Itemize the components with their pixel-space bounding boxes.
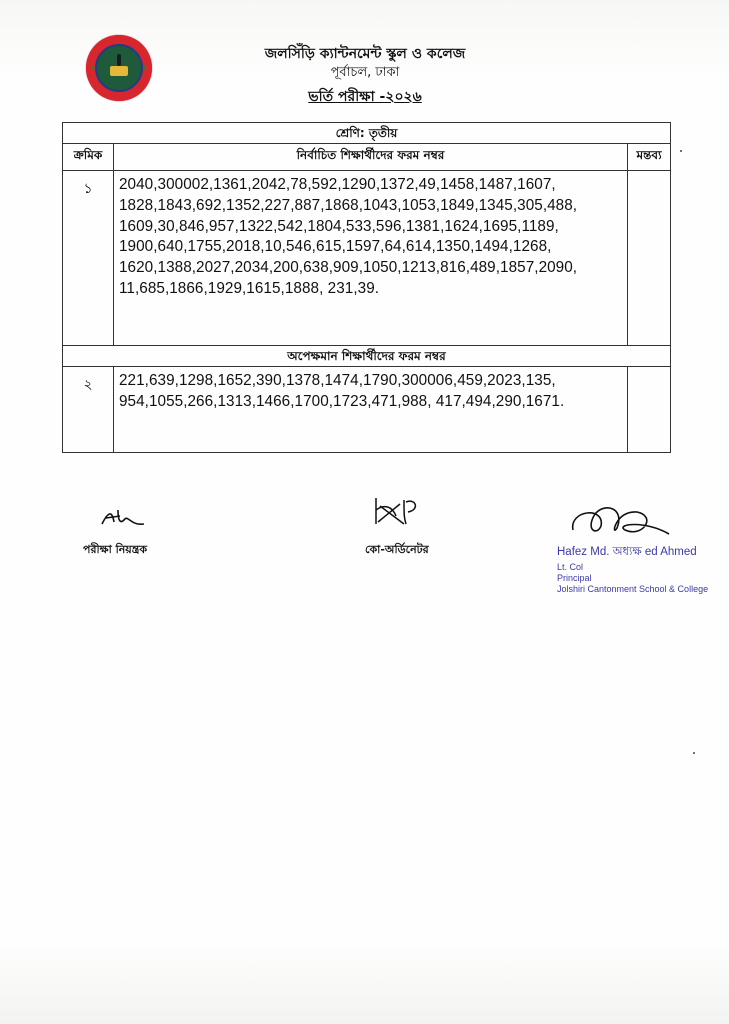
column-header-selected: নির্বাচিত শিক্ষার্থীদের ফরম নম্বর — [114, 144, 628, 171]
selected-form-numbers: 2040,300002,1361,2042,78,592,1290,1372,4… — [114, 171, 628, 346]
table-row-selected: ১ 2040,300002,1361,2042,78,592,1290,1372… — [63, 171, 671, 346]
coordinator-label: কো-অর্ডিনেটর — [365, 541, 429, 560]
form-number-line: 1620,1388,2027,2034,200,638,909,1050,121… — [119, 258, 627, 279]
results-table: শ্রেণি: তৃতীয় ক্রমিক নির্বাচিত শিক্ষার্… — [62, 122, 671, 453]
form-number-line: 221,639,1298,1652,390,1378,1474,1790,300… — [119, 371, 627, 392]
form-number-line: 1609,30,846,957,1322,542,1804,533,596,13… — [119, 217, 627, 238]
crest-dot-icon — [143, 66, 146, 69]
institution-location: পূর্বাচল, ঢাকা — [200, 63, 530, 84]
coordinator-signature — [370, 494, 422, 528]
class-label: শ্রেণি: তৃতীয় — [63, 123, 671, 144]
form-number-line: 11,685,1866,1929,1615,1888, 231,39. — [119, 279, 627, 300]
scan-speck — [693, 752, 695, 754]
serial-cell: ১ — [63, 171, 114, 346]
column-header-serial: ক্রমিক — [63, 144, 114, 171]
exam-controller-label: পরীক্ষা নিয়ন্ত্রক — [83, 541, 147, 560]
serial-cell: ২ — [63, 367, 114, 453]
table-row-waiting: ২ 221,639,1298,1652,390,1378,1474,1790,3… — [63, 367, 671, 453]
principal-title: Principal — [557, 573, 708, 584]
waiting-header-row: অপেক্ষমান শিক্ষার্থীদের ফরম নম্বর — [63, 346, 671, 367]
column-header-row: ক্রমিক নির্বাচিত শিক্ষার্থীদের ফরম নম্বর… — [63, 144, 671, 171]
exam-controller-signature — [98, 506, 148, 532]
form-number-line: 1900,640,1755,2018,10,546,615,1597,64,61… — [119, 237, 627, 258]
scan-speck — [680, 150, 682, 152]
remark-cell — [628, 367, 671, 453]
form-number-line: 2040,300002,1361,2042,78,592,1290,1372,4… — [119, 175, 627, 196]
open-book-icon — [110, 66, 128, 76]
remark-cell — [628, 171, 671, 346]
principal-stamp: Hafez Md. অধ্যক্ষ ed Ahmed Lt. Col Princ… — [557, 543, 708, 595]
form-number-line: 954,1055,266,1313,1466,1700,1723,471,988… — [119, 392, 627, 413]
form-number-line: 1828,1843,692,1352,227,887,1868,1043,105… — [119, 196, 627, 217]
school-crest-logo — [86, 35, 152, 101]
class-row: শ্রেণি: তৃতীয় — [63, 123, 671, 144]
waiting-form-numbers: 221,639,1298,1652,390,1378,1474,1790,300… — [114, 367, 628, 453]
principal-org: Jolshiri Cantonment School & College — [557, 584, 708, 595]
principal-rank: Lt. Col — [557, 562, 708, 573]
exam-title-text: ভর্তি পরীক্ষা -২০২৬ — [308, 89, 422, 105]
waiting-label: অপেক্ষমান শিক্ষার্থীদের ফরম নম্বর — [63, 346, 671, 367]
principal-signature — [565, 500, 675, 542]
column-header-remark: মন্তব্য — [628, 144, 671, 171]
crest-dot-icon — [92, 66, 95, 69]
principal-name: Hafez Md. অধ্যক্ষ ed Ahmed — [557, 543, 708, 562]
exam-title: ভর্তি পরীক্ষা -২০২৬ — [200, 85, 530, 109]
serial-number: ২ — [63, 367, 113, 397]
crest-inner-emblem — [95, 44, 143, 92]
serial-number: ১ — [63, 171, 113, 201]
